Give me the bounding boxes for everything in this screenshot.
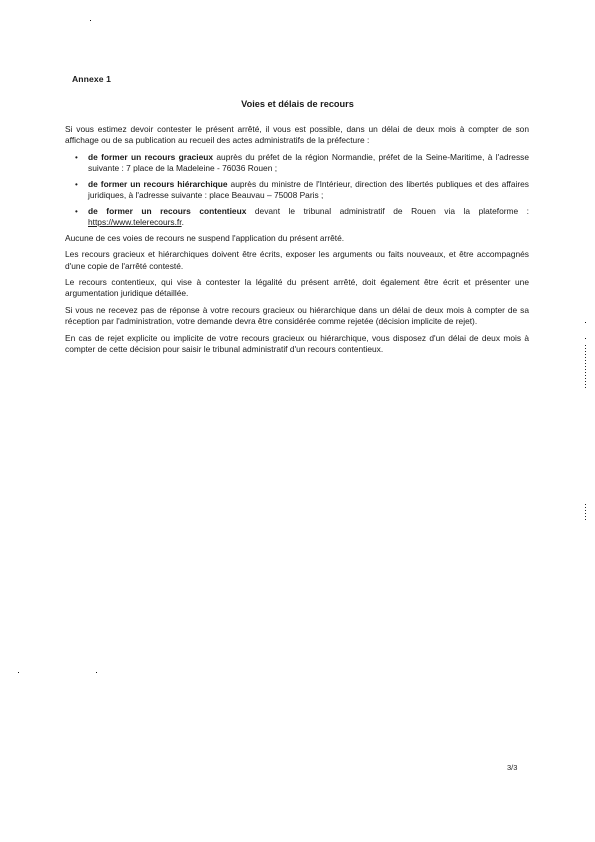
paragraph-written-requirements: Les recours gracieux et hiérarchiques do… bbox=[65, 249, 529, 271]
scan-edge-mark bbox=[585, 504, 586, 522]
page-number: 3/3 bbox=[507, 763, 517, 772]
scan-speck bbox=[585, 338, 586, 339]
telerecours-link[interactable]: https://www.telerecours.fr bbox=[88, 217, 182, 227]
appeal-option-hierarchique: • de former un recours hiérarchique aupr… bbox=[65, 179, 529, 201]
annex-label: Annexe 1 bbox=[72, 74, 111, 84]
appeal-option-gracieux: • de former un recours gracieux auprès d… bbox=[65, 152, 529, 174]
scan-edge-mark bbox=[585, 345, 586, 390]
option-bold: de former un recours hiérarchique bbox=[88, 179, 228, 189]
option-bold: de former un recours gracieux bbox=[88, 152, 213, 162]
paragraph-contentieux-requirements: Le recours contentieux, qui vise à conte… bbox=[65, 277, 529, 299]
scan-speck bbox=[585, 322, 586, 323]
bullet-icon: • bbox=[75, 206, 78, 217]
paragraph-implicit-rejection: Si vous ne recevez pas de réponse à votr… bbox=[65, 305, 529, 327]
document-title: Voies et délais de recours bbox=[0, 99, 595, 109]
appeal-option-contentieux: • de former un recours contentieux devan… bbox=[65, 206, 529, 228]
option-bold: de former un recours contentieux bbox=[88, 206, 246, 216]
bullet-icon: • bbox=[75, 179, 78, 190]
paragraph-rejection-deadline: En cas de rejet explicite ou implicite d… bbox=[65, 333, 529, 355]
option-text: devant le tribunal administratif de Roue… bbox=[246, 206, 529, 216]
scan-speck bbox=[90, 20, 91, 21]
option-suffix: . bbox=[182, 217, 184, 227]
scan-speck bbox=[96, 672, 97, 673]
document-body: Si vous estimez devoir contester le prés… bbox=[65, 124, 529, 361]
scan-speck bbox=[18, 672, 19, 673]
bullet-icon: • bbox=[75, 152, 78, 163]
document-page: Annexe 1 Voies et délais de recours Si v… bbox=[0, 0, 595, 842]
intro-paragraph: Si vous estimez devoir contester le prés… bbox=[65, 124, 529, 146]
appeal-options-list: • de former un recours gracieux auprès d… bbox=[65, 152, 529, 228]
paragraph-no-suspension: Aucune de ces voies de recours ne suspen… bbox=[65, 233, 529, 244]
